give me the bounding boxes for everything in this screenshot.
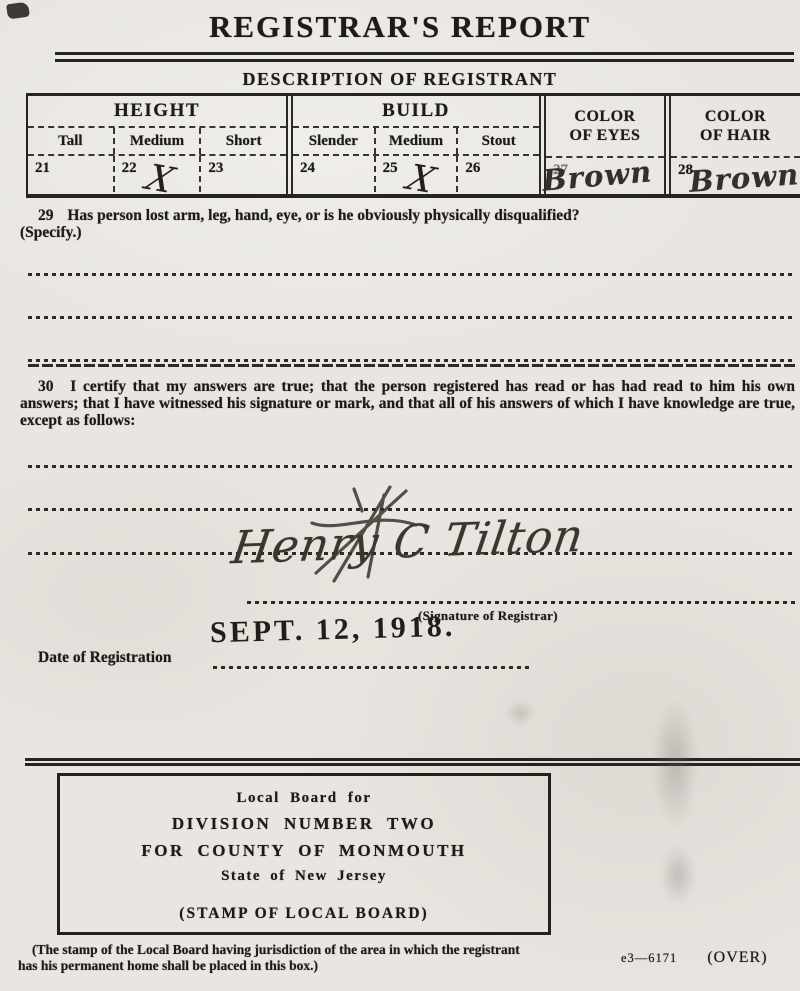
registrar-signature-handwriting: Henry C Tilton [228,509,587,575]
cell-22-medium: 22 X [113,156,200,192]
footer-note: (The stamp of the Local Board having jur… [18,942,523,973]
column-divider [286,96,293,194]
board-line-1: Local Board for [60,790,548,807]
hair-color-handwriting: Brown [688,157,800,199]
handwritten-x-mark-build: X [401,158,439,202]
build-answer-cells: 24 25 X 26 [293,156,539,192]
color-of-eyes-label: COLOR OF EYES [546,96,664,158]
local-board-stamp-box: Local Board for DIVISION NUMBER TWO FOR … [57,773,551,935]
hair-label-line2: OF HAIR [671,126,800,145]
question-29: 29 Has person lost arm, leg, hand, eye, … [20,207,795,224]
cell-26-number: 26 [465,160,480,176]
page-title: REGISTRAR'S REPORT [0,9,800,45]
scan-smudge [505,700,535,726]
cell-25-medium: 25 X [374,156,457,192]
answer-line [28,273,795,276]
height-group-label: HEIGHT [28,96,286,128]
date-of-registration-label: Date of Registration [38,649,171,667]
eyes-label-line1: COLOR [546,107,664,126]
stamp-of-local-board-caption: (STAMP OF LOCAL BOARD) [60,905,548,923]
question-29-text: Has person lost arm, leg, hand, eye, or … [67,207,579,224]
date-of-registration-line [213,666,531,669]
hair-label-line1: COLOR [671,107,800,126]
scan-smudge [660,845,696,905]
cell-24-number: 24 [300,160,315,176]
medium-build-column-label: Medium [374,128,457,154]
signature-line [247,601,795,604]
cell-21-number: 21 [35,160,50,176]
slender-column-label: Slender [293,128,374,154]
answer-line [28,465,795,468]
column-divider [664,96,671,194]
build-column-group: BUILD Slender Medium Stout 24 25 X 26 [293,96,539,194]
date-stamp: SEPT. 12, 1918. [210,610,456,650]
color-of-hair-label: COLOR OF HAIR [671,96,800,158]
cell-26-stout: 26 [456,156,539,192]
over-label: (OVER) [707,949,767,967]
question-29-number: 29 [20,207,64,224]
height-column-group: HEIGHT Tall Medium Short 21 22 X 23 [28,96,286,194]
scan-artifact-corner-mark [6,2,30,20]
cell-24-slender: 24 [293,156,374,192]
signature-area: Henry C Tilton (Signature of Registrar) … [0,429,800,675]
cell-25-number: 25 [383,160,398,176]
question-30-number: 30 [20,378,64,395]
cell-28-hair: 28 Brown [671,158,800,194]
short-column-label: Short [199,128,286,154]
medium-height-column-label: Medium [113,128,200,154]
cell-21-tall: 21 [28,156,113,192]
build-group-label: BUILD [293,96,539,128]
build-subheaders: Slender Medium Stout [293,128,539,156]
section-divider [25,758,800,766]
answer-line-double [28,359,795,368]
section-title: DESCRIPTION OF REGISTRANT [0,68,800,90]
color-of-eyes-column: COLOR OF EYES 27 Brown [546,96,664,194]
description-table: HEIGHT Tall Medium Short 21 22 X 23 [26,93,800,198]
cell-22-number: 22 [122,160,137,176]
question-30: 30 I certify that my answers are true; t… [20,378,795,429]
eyes-color-handwriting: Brown [541,154,654,197]
height-answer-cells: 21 22 X 23 [28,156,286,192]
stout-column-label: Stout [456,128,539,154]
tall-column-label: Tall [28,128,113,154]
board-line-2: DIVISION NUMBER TWO [60,814,548,834]
color-of-hair-column: COLOR OF HAIR 28 Brown [671,96,800,194]
handwritten-x-mark-height: X [140,158,178,202]
registrar-report-scan: REGISTRAR'S REPORT DESCRIPTION OF REGIST… [0,0,800,991]
board-line-4: State of New Jersey [60,868,548,885]
cell-23-short: 23 [199,156,286,192]
eyes-label-line2: OF EYES [546,126,664,145]
footer: (The stamp of the Local Board having jur… [18,942,795,973]
board-line-3: FOR COUNTY OF MONMOUTH [60,841,548,861]
form-number: e3—6171 [621,951,677,966]
title-divider [55,52,794,62]
question-30-text: I certify that my answers are true; that… [20,378,795,429]
question-29-specify: (Specify.) [20,224,800,241]
answer-line [28,316,795,319]
cell-27-eyes: 27 Brown [546,158,664,194]
cell-23-number: 23 [208,160,223,176]
height-subheaders: Tall Medium Short [28,128,286,156]
